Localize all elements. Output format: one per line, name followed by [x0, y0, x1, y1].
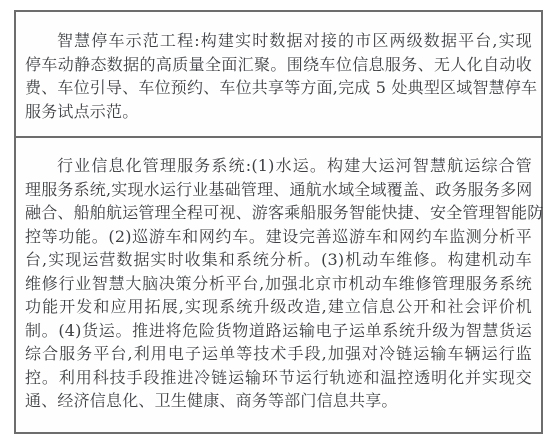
- text-line: 理服务系统,实现水运行业基础管理、通航水域全域覆盖、政务服务多网: [25, 178, 532, 202]
- text-line: 融合、船舶航运管理全程可视、游客乘船服务智能快捷、安全管理智能防: [25, 201, 532, 225]
- text-line: 维修行业智慧大脑决策分析平台,加强北京市机动车维修管理服务系统: [25, 272, 532, 296]
- text-line: 通、经济信息化、卫生健康、商务等部门信息共享。: [25, 389, 532, 413]
- text-line: 控等功能。(2)巡游车和网约车。建设完善巡游车和网约车监测分析平: [25, 225, 532, 249]
- document-page: { "document": { "section1": { "topic": "…: [0, 0, 559, 442]
- text-line: 行业信息化管理服务系统:(1)水运。构建大运河智慧航运综合管: [25, 154, 532, 178]
- text-line: 费、车位引导、车位预约、车位共享等方面,完成 5 处典型区域智慧停车: [25, 76, 532, 100]
- section-industry-informatization: 行业信息化管理服务系统:(1)水运。构建大运河智慧航运综合管 理服务系统,实现水…: [16, 138, 541, 432]
- text-line: 台,实现运营数据实时收集和系统分析。(3)机动车维修。构建机动车: [25, 248, 532, 272]
- text-line: 停车动静态数据的高质量全面汇聚。围绕车位信息服务、无人化自动收: [25, 53, 532, 77]
- text-line: 服务试点示范。: [25, 100, 532, 124]
- section-smart-parking: 智慧停车示范工程:构建实时数据对接的市区两级数据平台,实现 停车动静态数据的高质…: [16, 12, 541, 138]
- text-line: 控。利用科技手段推进冷链运输环节运行轨迹和温控透明化并实现交: [25, 366, 532, 390]
- document-table: 智慧停车示范工程:构建实时数据对接的市区两级数据平台,实现 停车动静态数据的高质…: [14, 10, 543, 434]
- text-line: 智慧停车示范工程:构建实时数据对接的市区两级数据平台,实现: [25, 29, 532, 53]
- text-line: 制。(4)货运。推进将危险货物道路运输电子运单系统升级为智慧货运: [25, 319, 532, 343]
- text-line: 功能开发和应用拓展,实现系统升级改造,建立信息公开和社会评价机: [25, 295, 532, 319]
- text-line: 综合服务平台,利用电子运单等技术手段,加强对冷链运输车辆运行监: [25, 342, 532, 366]
